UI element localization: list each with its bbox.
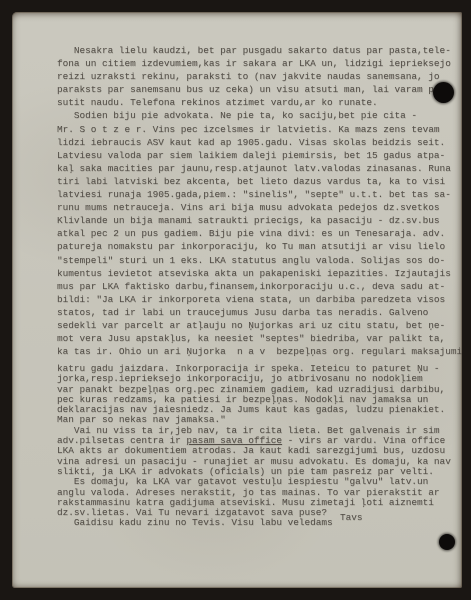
letter-line: fona un citiem izdevumiem,kas ir sakara … <box>57 57 462 70</box>
letter-line: tiri labi latviski bez akcenta, bet liet… <box>57 175 462 188</box>
letter-line: bildi: "Ja LKA ir inkorporeta viena stat… <box>57 293 462 306</box>
letter-line: Latviesu valoda par siem laikiem daleji … <box>57 149 462 162</box>
letter-line: latviesi runaja 1905.gada,piem.: "sineli… <box>57 188 462 201</box>
letter-paper: Nesakra lielu kaudzi, bet par pusgadu sa… <box>12 12 462 588</box>
letter-body-block-1: Nesakra lielu kaudzi, bet par pusgadu sa… <box>57 44 462 358</box>
letter-line: sedekli var parcelt ar atļauju no Ņujork… <box>57 319 462 332</box>
letter-line: kumentus ievietot atseviska akta un paka… <box>57 267 462 280</box>
punch-hole-top-icon <box>433 82 454 103</box>
letter-line: Klivlande un bija manami satraukti priec… <box>57 214 462 227</box>
letter-line: lidzi iebraucis ASV kaut kad ap 1905.gad… <box>57 136 462 149</box>
letter-line: reizi uzraksti rekinu, paraksti to (nav … <box>57 70 462 83</box>
letter-line: ka tas ir. Ohio un ari Ņujorka n a v bez… <box>57 345 462 358</box>
letter-line: "stempeli" sturi un 1 eks. LKA statutus … <box>57 254 462 267</box>
punch-hole-bottom-icon <box>439 534 455 550</box>
scanned-letter-screenshot: Nesakra lielu kaudzi, bet par pusgadu sa… <box>0 0 471 600</box>
letter-line: patureja nomakstu par inkorporaciju, ko … <box>57 240 462 253</box>
letter-line: mot vera Jusu apstakļus, ka neesiet "sep… <box>57 332 462 345</box>
letter-line: Sodien biju pie advokata. Ne pie ta, ko … <box>57 109 462 122</box>
letter-line: Gaidisu kadu zinu no Tevis. Visu labu ve… <box>57 518 451 528</box>
letter-line: runu mums netrauceja. Vins ari bija musu… <box>57 201 462 214</box>
letter-line: kaļ saka macities par jaunu,resp.atjauno… <box>57 162 462 175</box>
letter-line: statos, tad ir labi un traucejumus Jusu … <box>57 306 462 319</box>
letter-line: Nesakra lielu kaudzi, bet par pusgadu sa… <box>57 44 462 57</box>
letter-line: sutit naudu. Telefona rekinos atzimet va… <box>57 96 462 109</box>
letter-body-block-2: katru gadu jaizdara. Inkorporacija ir sp… <box>57 364 451 529</box>
letter-line: Mr. S o t z e r. Vins pec izcelsmes ir l… <box>57 123 462 136</box>
letter-line: mus par LKA faktisko darbu,finansem,inko… <box>57 280 462 293</box>
letter-line: atkal pec 2 un pus gadiem. Biju pie vina… <box>57 227 462 240</box>
signature: Tavs <box>340 512 363 523</box>
letter-line: paraksts par sanemsanu bus uz ceka) un v… <box>57 83 462 96</box>
